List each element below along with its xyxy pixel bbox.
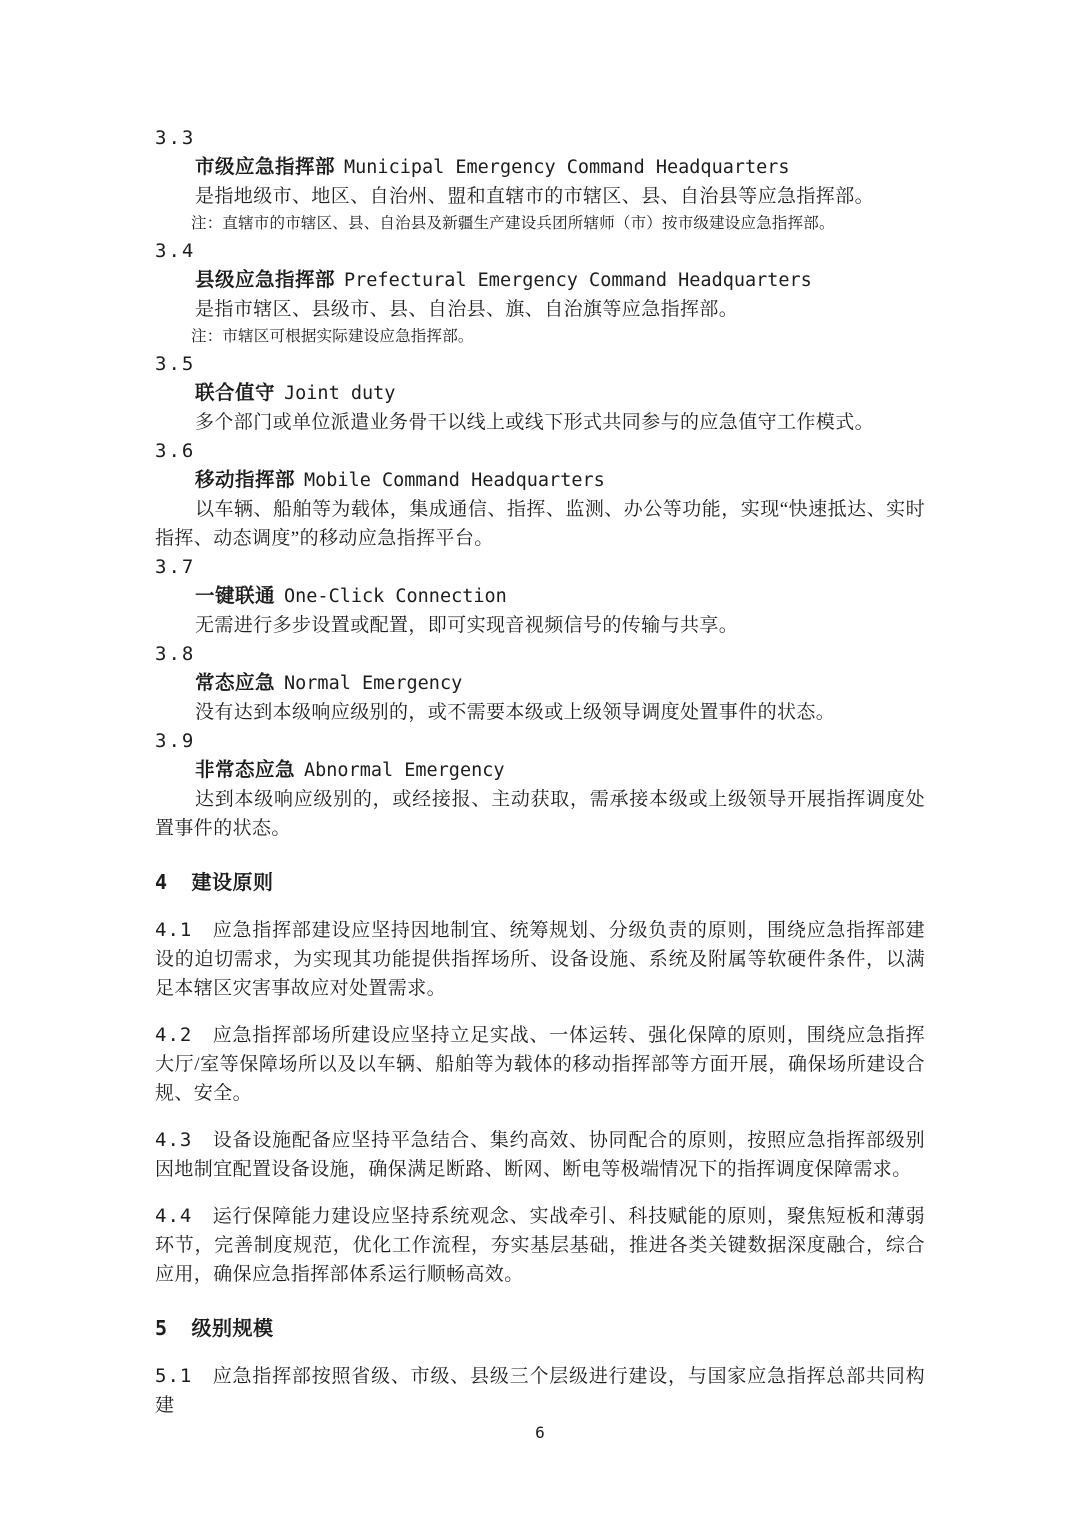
term-note: 注：直辖市的市辖区、县、自治县及新疆生产建设兵团所辖师（市）按市级建设应急指挥部… [155,211,925,237]
term-block: 3.5 联合值守Joint duty 多个部门或单位派遣业务骨干以线上或线下形式… [155,350,925,437]
term-title: 市级应急指挥部Municipal Emergency Command Headq… [155,153,925,182]
clause-text: 设备设施配备应坚持平急结合、集约高效、协同配合的原则，按照应急指挥部级别因地制宜… [155,1130,925,1180]
term-title-zh: 一键联通 [195,585,275,607]
term-definition: 是指地级市、地区、自治州、盟和直辖市的市辖区、县、自治县等应急指挥部。 [155,182,925,211]
term-title-zh: 移动指挥部 [195,469,295,491]
clause: 4.3设备设施配备应坚持平急结合、集约高效、协同配合的原则，按照应急指挥部级别因… [155,1126,925,1184]
term-title-en: One-Click Connection [284,586,507,607]
term-definition: 无需进行多步设置或配置，即可实现音视频信号的传输与共享。 [155,611,925,640]
section-heading: 4建设原则 [155,868,925,898]
term-block: 3.6 移动指挥部Mobile Command Headquarters 以车辆… [155,437,925,553]
term-definition: 达到本级响应级别的，或经接报、主动获取，需承接本级或上级领导开展指挥调度处置事件… [155,785,925,843]
term-block: 3.4 县级应急指挥部Prefectural Emergency Command… [155,237,925,350]
term-title-zh: 常态应急 [195,672,275,694]
section-number: 4 [155,870,168,894]
term-title: 移动指挥部Mobile Command Headquarters [155,466,925,495]
section-number: 5 [155,1316,168,1340]
section-title: 建设原则 [192,872,274,894]
clause-number: 5.1 [155,1365,192,1387]
term-title-en: Prefectural Emergency Command Headquarte… [344,270,812,291]
clause-number: 4.1 [155,919,192,941]
term-block: 3.3 市级应急指挥部Municipal Emergency Command H… [155,124,925,237]
clause-text: 应急指挥部场所建设应坚持立足实战、一体运转、强化保障的原则，围绕应急指挥大厅/室… [155,1025,925,1104]
term-title-en: Joint duty [284,383,395,404]
term-number: 3.3 [155,124,925,153]
term-definition: 是指市辖区、县级市、县、自治县、旗、自治旗等应急指挥部。 [155,295,925,324]
clause-text: 应急指挥部按照省级、市级、县级三个层级进行建设，与国家应急指挥总部共同构建 [155,1366,925,1416]
clause-number: 4.3 [155,1129,192,1151]
term-number: 3.5 [155,350,925,379]
term-block: 3.7 一键联通One-Click Connection 无需进行多步设置或配置… [155,553,925,640]
term-number: 3.9 [155,727,925,756]
term-title: 一键联通One-Click Connection [155,582,925,611]
term-title: 联合值守Joint duty [155,379,925,408]
term-title: 常态应急Normal Emergency [155,669,925,698]
term-title-en: Mobile Command Headquarters [304,470,605,491]
clause: 4.4运行保障能力建设应坚持系统观念、实战牵引、科技赋能的原则，聚焦短板和薄弱环… [155,1202,925,1289]
term-title-zh: 非常态应急 [195,759,295,781]
term-block: 3.8 常态应急Normal Emergency 没有达到本级响应级别的，或不需… [155,640,925,727]
clause: 4.1应急指挥部建设应坚持因地制宜、统筹规划、分级负责的原则，围绕应急指挥部建设… [155,916,925,1003]
section-title: 级别规模 [192,1318,274,1340]
term-title: 非常态应急Abnormal Emergency [155,756,925,785]
term-definition: 没有达到本级响应级别的，或不需要本级或上级领导调度处置事件的状态。 [155,698,925,727]
term-number: 3.6 [155,437,925,466]
term-title-zh: 联合值守 [195,382,275,404]
term-definition: 多个部门或单位派遣业务骨干以线上或线下形式共同参与的应急值守工作模式。 [155,408,925,437]
clause-text: 应急指挥部建设应坚持因地制宜、统筹规划、分级负责的原则，围绕应急指挥部建设的迫切… [155,920,925,999]
term-note: 注：市辖区可根据实际建设应急指挥部。 [155,324,925,350]
term-block: 3.9 非常态应急Abnormal Emergency 达到本级响应级别的，或经… [155,727,925,843]
document-page: 3.3 市级应急指挥部Municipal Emergency Command H… [0,0,1080,1420]
clause-number: 4.4 [155,1205,192,1227]
clause-number: 4.2 [155,1024,192,1046]
clause: 4.2应急指挥部场所建设应坚持立足实战、一体运转、强化保障的原则，围绕应急指挥大… [155,1021,925,1108]
term-definition: 以车辆、船舶等为载体，集成通信、指挥、监测、办公等功能，实现“快速抵达、实时指挥… [155,495,925,553]
section-heading: 5级别规模 [155,1314,925,1344]
term-title-en: Normal Emergency [284,673,462,694]
term-title-en: Abnormal Emergency [304,760,504,781]
term-title: 县级应急指挥部Prefectural Emergency Command Hea… [155,266,925,295]
term-title-en: Municipal Emergency Command Headquarters [344,157,790,178]
term-title-zh: 市级应急指挥部 [195,156,335,178]
clause: 5.1应急指挥部按照省级、市级、县级三个层级进行建设，与国家应急指挥总部共同构建 [155,1362,925,1420]
term-number: 3.8 [155,640,925,669]
term-number: 3.7 [155,553,925,582]
clause-text: 运行保障能力建设应坚持系统观念、实战牵引、科技赋能的原则，聚焦短板和薄弱环节，完… [155,1206,925,1285]
term-number: 3.4 [155,237,925,266]
page-number: 6 [0,1423,1080,1442]
term-title-zh: 县级应急指挥部 [195,269,335,291]
